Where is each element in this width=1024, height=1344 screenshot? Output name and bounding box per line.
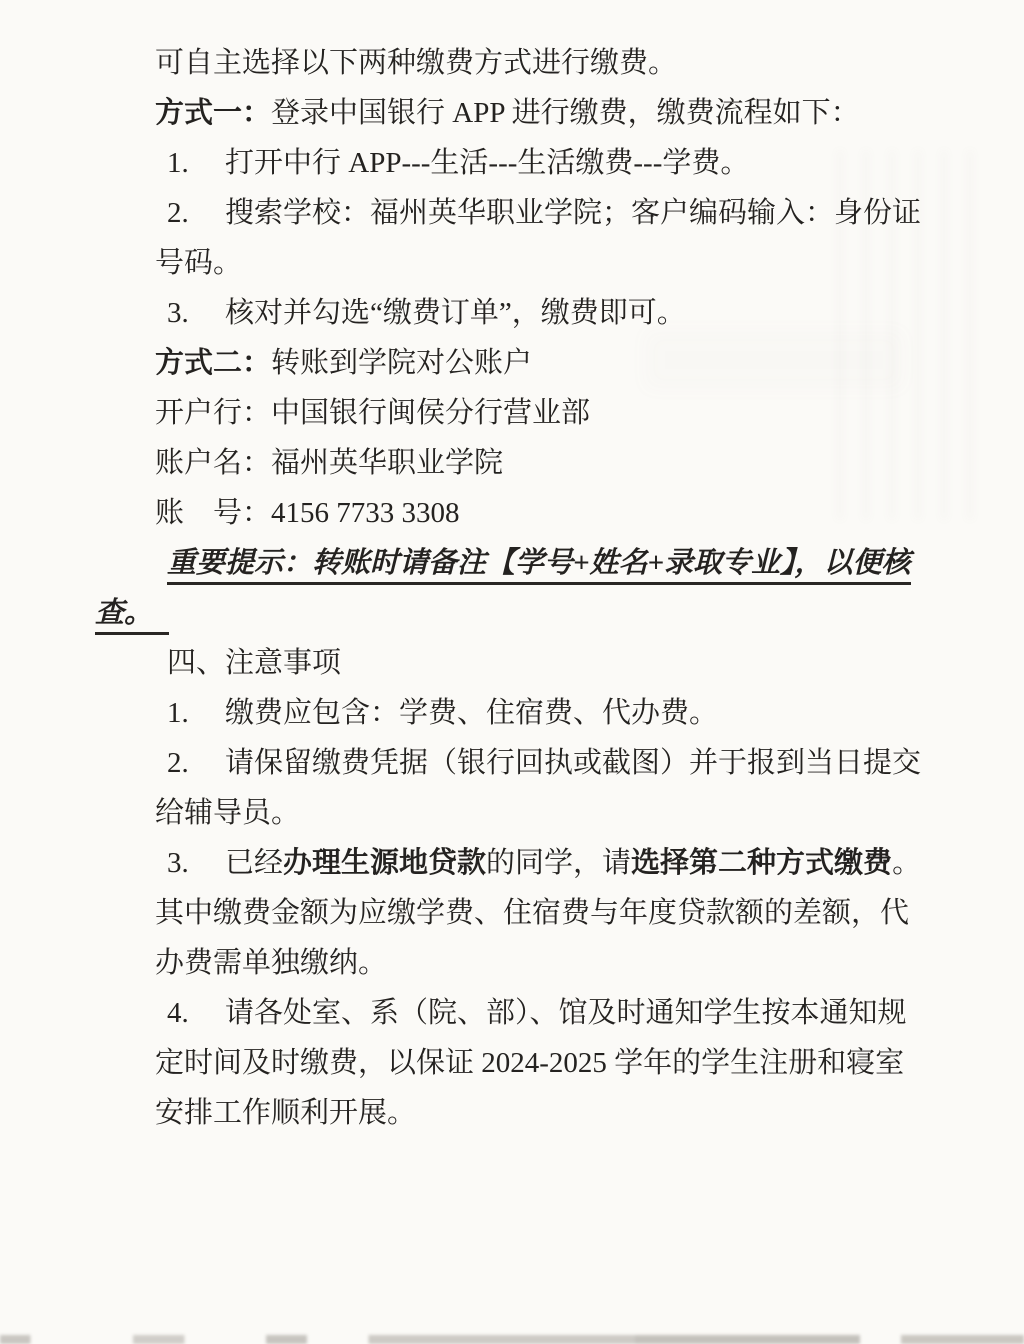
scanned-notice-page: 可自主选择以下两种缴费方式进行缴费。 方式一：登录中国银行 APP 进行缴费，缴… [0,0,1024,1344]
text-run: 核对并勾选“缴费订单”，缴费即可。 [225,297,686,329]
text-run: 转账到学院对公账户 [271,347,532,379]
account-name-value: 账户名：福州英华职业学院 [155,447,503,479]
text-run: 定时间及时缴费，以保证 2024-2025 学年的学生注册和寝室 [155,1047,904,1079]
line-method1-heading: 方式一：登录中国银行 APP 进行缴费，缴费流程如下： [155,88,955,138]
line-note4-cont1: 定时间及时缴费，以保证 2024-2025 学年的学生注册和寝室 [155,1038,955,1088]
line-note3-cont2: 办费需单独缴纳。 [155,938,955,988]
important-note-text: 重要提示：转账时请备注【学号+姓名+录取专业】，以便核 [167,547,911,585]
line-note4: 4.请各处室、系（院、部）、馆及时通知学生按本通知规 [167,988,955,1038]
line-important-note: 重要提示：转账时请备注【学号+姓名+录取专业】，以便核 [167,538,955,588]
line-important-note-cont: 查。 [95,588,955,638]
list-number: 2. [167,738,225,788]
text-run: 登录中国银行 APP 进行缴费，缴费流程如下： [271,97,860,129]
notice-body: 可自主选择以下两种缴费方式进行缴费。 方式一：登录中国银行 APP 进行缴费，缴… [155,38,955,1138]
list-number: 4. [167,988,225,1038]
method1-label: 方式一： [155,97,271,129]
line-section4-heading: 四、注意事项 [167,638,955,688]
line-method1-step2-cont: 号码。 [155,238,955,288]
text-run: 办费需单独缴纳。 [155,947,387,979]
important-note-text: 查。 [95,597,169,635]
line-note3-cont1: 其中缴费金额为应缴学费、住宿费与年度贷款额的差额，代 [155,888,955,938]
text-run: 的同学，请 [486,847,631,879]
line-account-name: 账户名：福州英华职业学院 [155,438,955,488]
emphasis-run: 办理生源地贷款 [283,847,486,879]
list-number: 3. [167,288,225,338]
bank-branch-value: 开户行：中国银行闽侯分行营业部 [155,397,590,429]
account-number-value: 账 号：4156 7733 3308 [155,497,460,529]
text-run: 安排工作顺利开展。 [155,1097,416,1129]
emphasis-run: 选择第二种方式缴费 [631,847,892,879]
list-number: 1. [167,138,225,188]
text-run: 搜索学校：福州英华职业学院；客户编码输入：身份证 [225,197,921,229]
text-run: 请保留缴费凭据（银行回执或截图）并于报到当日提交 [225,747,921,779]
line-method2-heading: 方式二：转账到学院对公账户 [155,338,955,388]
text-run: 。 [892,847,921,879]
text-run: 其中缴费金额为应缴学费、住宿费与年度贷款额的差额，代 [155,897,909,929]
line-method1-step2: 2.搜索学校：福州英华职业学院；客户编码输入：身份证 [167,188,955,238]
text-run: 已经 [225,847,283,879]
list-number: 2. [167,188,225,238]
line-note2-cont: 给辅导员。 [155,788,955,838]
line-note4-cont2: 安排工作顺利开展。 [155,1088,955,1138]
text-run: 请各处室、系（院、部）、馆及时通知学生按本通知规 [225,997,907,1029]
method2-label: 方式二： [155,347,271,379]
line-note3: 3.已经办理生源地贷款的同学，请选择第二种方式缴费。 [167,838,955,888]
line-account-number: 账 号：4156 7733 3308 [155,488,955,538]
line-note2: 2.请保留缴费凭据（银行回执或截图）并于报到当日提交 [167,738,955,788]
text-run: 可自主选择以下两种缴费方式进行缴费。 [155,47,677,79]
text-run: 号码。 [155,247,242,279]
line-intro: 可自主选择以下两种缴费方式进行缴费。 [155,38,955,88]
line-bank-branch: 开户行：中国银行闽侯分行营业部 [155,388,955,438]
section-heading-text: 四、注意事项 [167,647,341,679]
line-method1-step3: 3.核对并勾选“缴费订单”，缴费即可。 [167,288,955,338]
scan-edge-artifact [0,1335,1024,1344]
list-number: 1. [167,688,225,738]
list-number: 3. [167,838,225,888]
line-note1: 1.缴费应包含：学费、住宿费、代办费。 [167,688,955,738]
line-method1-step1: 1.打开中行 APP---生活---生活缴费---学费。 [167,138,955,188]
text-run: 缴费应包含：学费、住宿费、代办费。 [225,697,718,729]
text-run: 给辅导员。 [155,797,300,829]
text-run: 打开中行 APP---生活---生活缴费---学费。 [225,147,749,179]
